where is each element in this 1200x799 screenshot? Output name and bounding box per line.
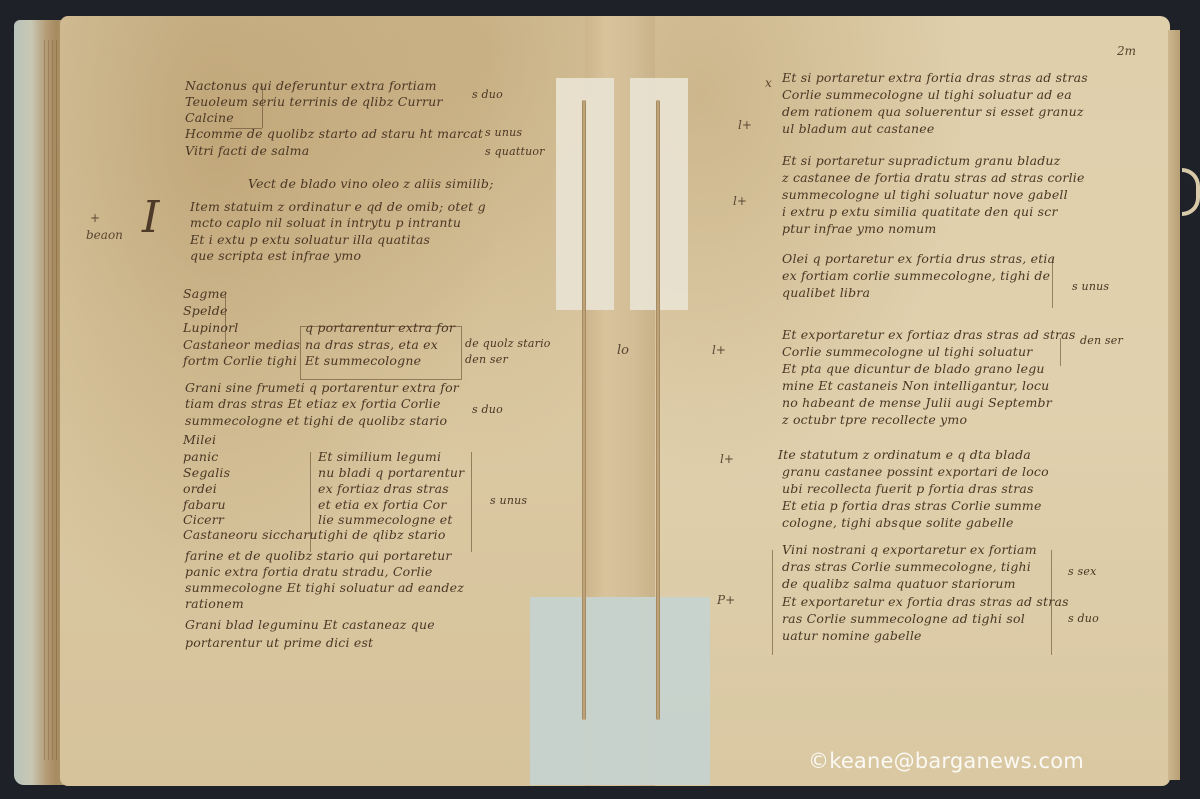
manuscript-line: ubi recollecta fuerit p fortia dras stra… bbox=[782, 481, 1034, 496]
manuscript-line: nu bladi q portarentur bbox=[318, 465, 464, 480]
manuscript-line: Vini nostrani q exportaretur ex fortiam bbox=[782, 542, 1037, 557]
manuscript-line: cologne, tighi absque solite gabelle bbox=[782, 515, 1014, 530]
manuscript-line: na dras stras, eta ex bbox=[305, 337, 438, 352]
manuscript-line: Sagme bbox=[183, 286, 227, 301]
manuscript-line: ex fortiaz dras stras bbox=[318, 481, 449, 496]
manuscript-line: tiam dras stras Et etiaz ex fortia Corli… bbox=[185, 396, 441, 411]
manuscript-line: uatur nomine gabelle bbox=[782, 628, 922, 643]
binding-thread-left bbox=[582, 100, 586, 720]
manuscript-line: ordei bbox=[183, 481, 217, 496]
margin-note: l+ bbox=[733, 194, 747, 208]
manuscript-line: fortm Corlie tighi bbox=[183, 353, 297, 368]
gutter-mark: lo bbox=[617, 343, 629, 358]
manuscript-line: Et i extu p extu soluatur illa quatitas bbox=[190, 232, 430, 247]
manuscript-line: mine Et castaneis Non intelligantur, loc… bbox=[782, 378, 1049, 393]
bracket-note: s unus bbox=[1072, 280, 1109, 293]
bracket-note: den ser bbox=[1080, 334, 1123, 347]
right-page-stack-edge bbox=[1168, 30, 1180, 780]
bracket-note: s sex bbox=[1068, 565, 1097, 578]
manuscript-line: summecologne et tighi de quolibz stario bbox=[185, 413, 447, 428]
binding-thread-right bbox=[656, 100, 660, 720]
manuscript-line: panic bbox=[183, 449, 219, 464]
manuscript-line: summecologne ul tighi soluatur nove gabe… bbox=[782, 187, 1068, 202]
binding-tape-lower bbox=[530, 597, 710, 785]
manuscript-line: tighi de qlibz stario bbox=[318, 527, 446, 542]
manuscript-line: que scripta est infrae ymo bbox=[190, 248, 361, 263]
bracket-note: s duo bbox=[472, 88, 503, 101]
manuscript-line: z castanee de fortia dratu stras ad stra… bbox=[782, 170, 1085, 185]
margin-note: + bbox=[90, 211, 100, 225]
manuscript-line: q portarentur extra for bbox=[305, 320, 455, 335]
manuscript-line: lie summecologne et bbox=[318, 512, 453, 527]
manuscript-line: summecologne Et tighi soluatur ad eandez bbox=[185, 580, 464, 595]
margin-note: beaon bbox=[86, 228, 123, 242]
manuscript-line: mcto caplo nil soluat in intrytu p intra… bbox=[190, 215, 461, 230]
manuscript-line: Item statuim z ordinatur e qd de omib; o… bbox=[190, 199, 486, 214]
copyright-watermark: ©keane@barganews.com bbox=[808, 749, 1084, 773]
bracket-note: s duo bbox=[1068, 612, 1099, 625]
margin-note: l+ bbox=[738, 118, 752, 132]
bracket bbox=[1060, 338, 1061, 366]
manuscript-line: Ite statutum z ordinatum e q dta blada bbox=[778, 447, 1031, 462]
manuscript-line: rationem bbox=[185, 596, 244, 611]
manuscript-line: granu castanee possint exportari de loco bbox=[782, 464, 1049, 479]
bracket-note: den ser bbox=[465, 353, 508, 366]
manuscript-line: Grani blad leguminu Et castaneaz que bbox=[185, 617, 435, 632]
manuscript-line: ex fortiam corlie summecologne, tighi de bbox=[782, 268, 1050, 283]
manuscript-line: Castaneoru siccharu bbox=[183, 527, 318, 542]
manuscript-line: Et si portaretur extra fortia dras stras… bbox=[782, 70, 1088, 85]
folio-number: 2m bbox=[1117, 44, 1136, 58]
manuscript-line: Milei bbox=[183, 432, 216, 447]
manuscript-line: i extru p extu similia quatitate den qui… bbox=[782, 204, 1058, 219]
manuscript-line: Et similium legumi bbox=[318, 449, 441, 464]
margin-note: l+ bbox=[712, 343, 726, 357]
manuscript-line: Castaneor medias bbox=[183, 337, 300, 352]
margin-note: P+ bbox=[717, 593, 735, 607]
manuscript-line: Segalis bbox=[183, 465, 230, 480]
manuscript-line: Vitri facti de salma bbox=[185, 143, 309, 158]
manuscript-line: Et exportaretur ex fortia dras stras ad … bbox=[782, 594, 1069, 609]
manuscript-line: et etia ex fortia Cor bbox=[318, 497, 447, 512]
manuscript-line: Grani sine frumeti q portarentur extra f… bbox=[185, 380, 459, 395]
manuscript-line: Nactonus qui deferuntur extra fortiam bbox=[185, 78, 437, 93]
manuscript-line: Corlie summecologne ul tighi soluatur ad… bbox=[782, 87, 1072, 102]
manuscript-line: Et exportaretur ex fortiaz dras stras ad… bbox=[782, 327, 1076, 342]
manuscript-line: portarentur ut prime dici est bbox=[185, 635, 373, 650]
bracket-note: de quolz stario bbox=[465, 337, 551, 350]
manuscript-line: dras stras Corlie summecologne, tighi bbox=[782, 559, 1031, 574]
manuscript-line: Calcine bbox=[185, 110, 234, 125]
manuscript-line: Corlie summecologne ul tighi soluatur bbox=[782, 344, 1032, 359]
manuscript-line: Et pta que dicuntur de blado grano legu bbox=[782, 361, 1045, 376]
manuscript-line: farine et de quolibz stario qui portaret… bbox=[185, 548, 452, 563]
manuscript-line: no habeant de mense Julii augi Septembr bbox=[782, 395, 1052, 410]
manuscript-line: ras Corlie summecologne ad tighi sol bbox=[782, 611, 1025, 626]
manuscript-line: Spelde bbox=[183, 303, 228, 318]
decorated-initial: I bbox=[142, 192, 159, 243]
manuscript-photo: lo 2m I Nactonus qui deferuntur extra fo… bbox=[0, 0, 1200, 799]
clasp-ring bbox=[1182, 168, 1200, 216]
bracket-note: s duo bbox=[472, 403, 503, 416]
manuscript-line: fabaru bbox=[183, 497, 226, 512]
manuscript-line: Lupinorl bbox=[183, 320, 239, 335]
manuscript-line: Vect de blado vino oleo z aliis similib; bbox=[248, 176, 494, 191]
manuscript-line: panic extra fortia dratu stradu, Corlie bbox=[185, 564, 433, 579]
manuscript-line: de qualibz salma quatuor stariorum bbox=[782, 576, 1016, 591]
bracket-note: s unus bbox=[490, 494, 527, 507]
manuscript-line: Et summecologne bbox=[305, 353, 421, 368]
bracket-note: s quattuor bbox=[485, 145, 545, 158]
manuscript-line: ptur infrae ymo nomum bbox=[782, 221, 936, 236]
manuscript-line: z octubr tpre recollecte ymo bbox=[782, 412, 967, 427]
margin-note: l+ bbox=[720, 452, 734, 466]
manuscript-line: qualibet libra bbox=[782, 285, 870, 300]
manuscript-line: dem rationem qua soluerentur si esset gr… bbox=[782, 104, 1084, 119]
manuscript-line: Hcomme de quolibz starto ad staru ht mar… bbox=[185, 126, 483, 141]
margin-note: x bbox=[765, 76, 772, 90]
manuscript-line: Et si portaretur supradictum granu bladu… bbox=[782, 153, 1060, 168]
manuscript-line: Et etia p fortia dras stras Corlie summe bbox=[782, 498, 1042, 513]
bracket-note: s unus bbox=[485, 126, 522, 139]
manuscript-line: Olei q portaretur ex fortia drus stras, … bbox=[782, 251, 1055, 266]
manuscript-line: Teuoleum seriu terrinis de qlibz Currur bbox=[185, 94, 443, 109]
manuscript-line: ul bladum aut castanee bbox=[782, 121, 934, 136]
manuscript-line: Cicerr bbox=[183, 512, 224, 527]
